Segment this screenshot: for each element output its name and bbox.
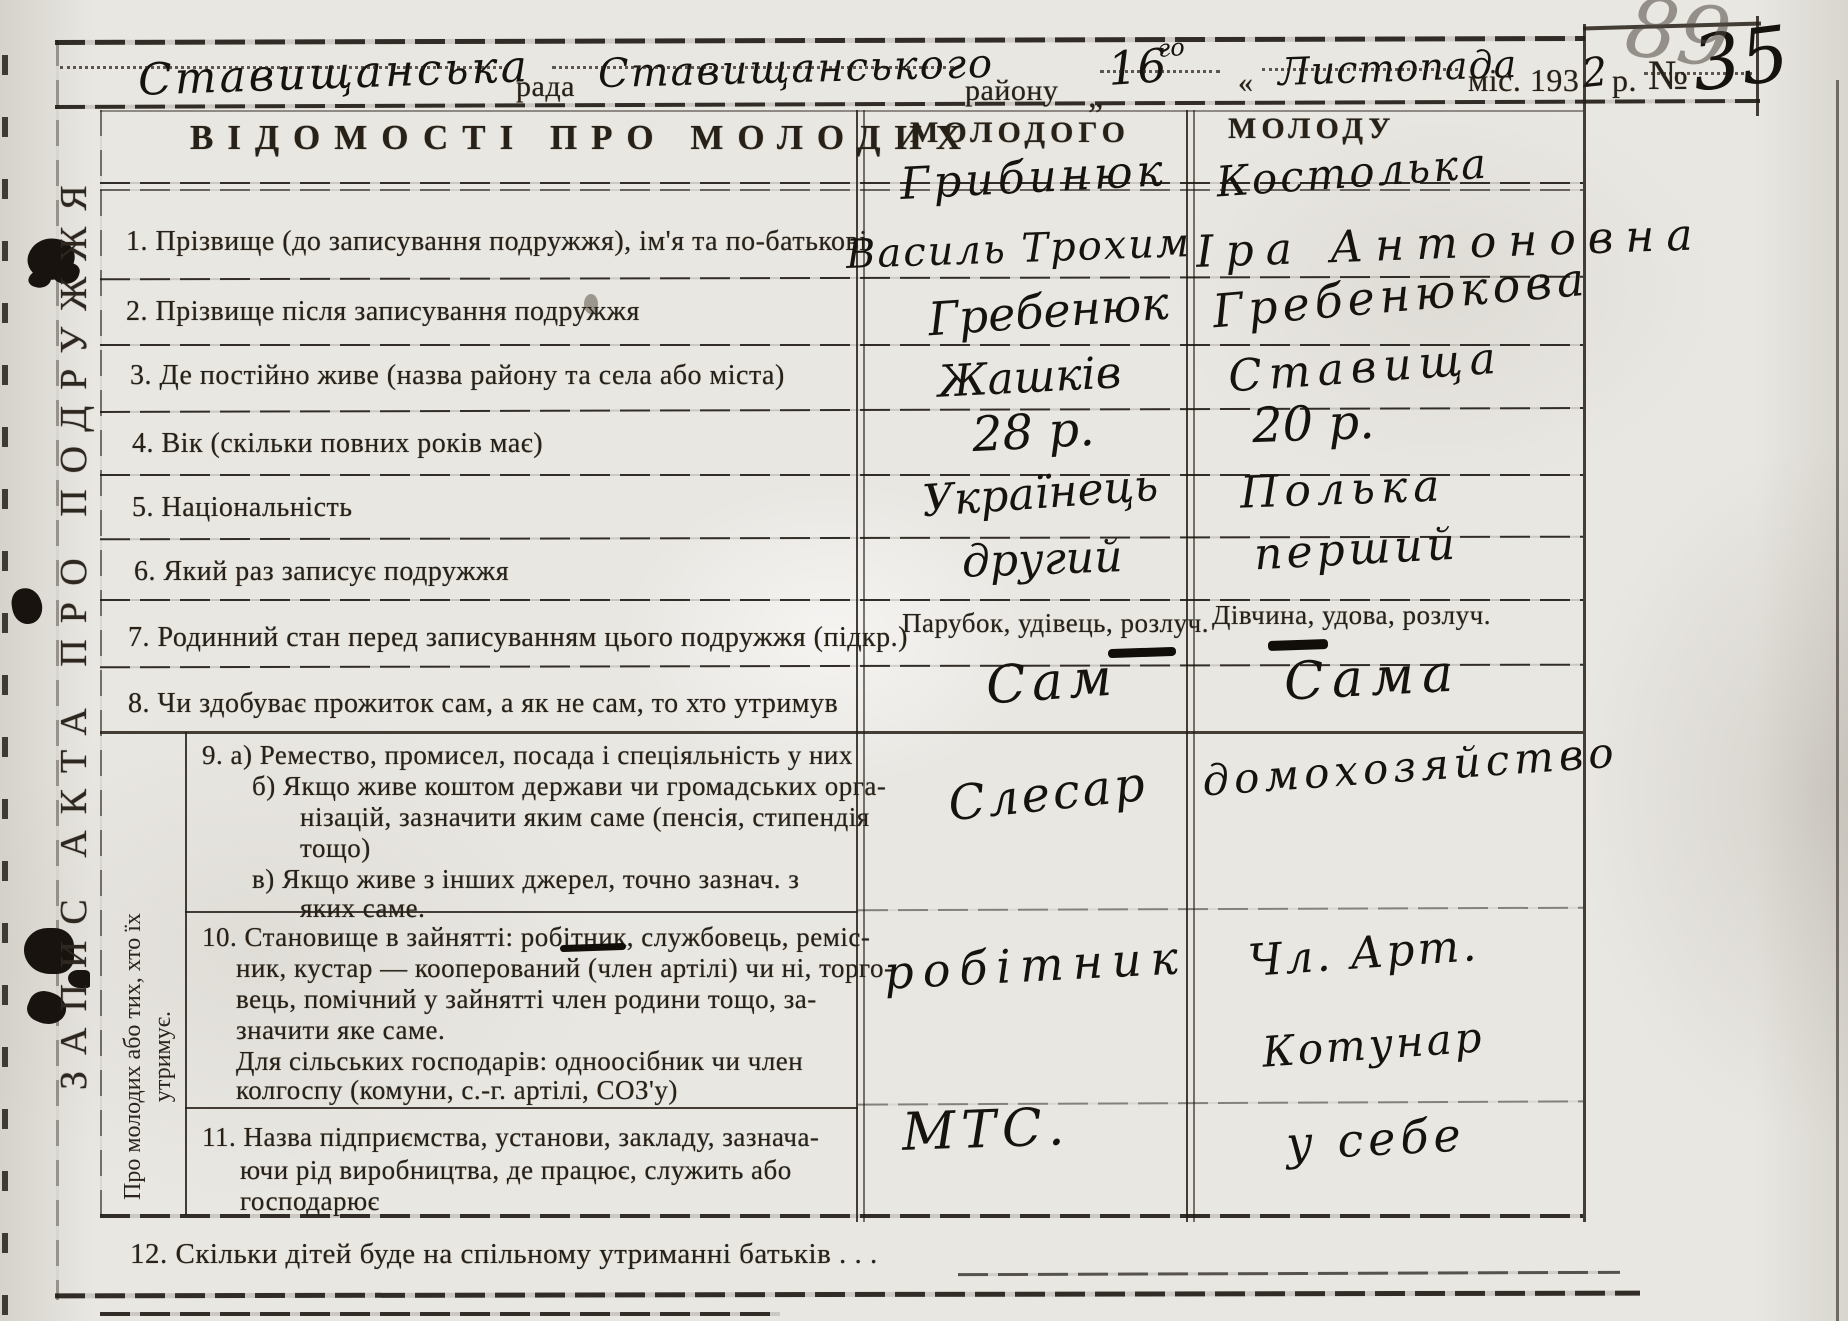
page-edge-ticks: [2, 55, 8, 1321]
top-border-rule: [55, 36, 1585, 45]
table-title: ВІДОМОСТІ ПРО МОЛОДИХ: [190, 118, 975, 158]
group-vertical-label-line: Про молодих або тих, хто їх: [118, 913, 148, 1200]
bride-value-handwritten: Котунар: [1261, 1012, 1486, 1076]
bottom-border-rule: [55, 1291, 1640, 1299]
groom-value-handwritten: робітник: [883, 930, 1188, 1000]
row-label-line: 9. а) Ремество, промисел, посада і спеці…: [202, 740, 853, 771]
pen-underline: [1268, 639, 1328, 651]
side-vertical-title: ЗАПИС АКТА ПРО ПОДРУЖЖЯ: [52, 169, 96, 1090]
header-district-handwritten: Ставищанського: [597, 41, 994, 97]
row-label: 1. Прізвище (до записування подружжя), і…: [126, 226, 868, 258]
scanned-marriage-record: Ставищанська рада Ставищанського району …: [0, 0, 1848, 1321]
group-vertical-label: Про молодих або тих, хто їх утримує.: [118, 913, 178, 1200]
group-row-rule-values: [858, 907, 1583, 912]
row-label: 5. Національність: [132, 492, 353, 524]
pen-underline: [1108, 647, 1176, 658]
row-label-line: б) Якщо живе коштом держави чи громадськ…: [252, 771, 886, 802]
bride-value-handwritten: Чл. Арт.: [1247, 920, 1481, 987]
row-label-line: господарює: [240, 1186, 380, 1217]
header-district-label: району: [965, 74, 1058, 108]
row-label-line: ючи рід виробництва, де працює, служить …: [240, 1155, 792, 1186]
row-label: 4. Вік (скільки повних років має): [132, 428, 543, 460]
row-label-line: ник, кустар — кооперований (член артілі)…: [236, 953, 893, 984]
header-rada-label: рада: [516, 70, 575, 104]
groom-value-handwritten: Гребенюк: [926, 276, 1170, 347]
groom-value-handwritten: Сам: [984, 647, 1120, 716]
row-label-line: колгоспу (комуни, с.-г. артілі, СОЗ'у): [236, 1075, 678, 1106]
ink-blot: [9, 586, 45, 627]
bottom-border-rule-short: [100, 1312, 780, 1316]
table-left-border: [100, 110, 102, 1215]
row-label: 2. Прізвище після записування подружжя: [126, 296, 640, 328]
bride-value-handwritten: перший: [1253, 519, 1460, 581]
bride-value-handwritten: Сама: [1283, 643, 1463, 712]
row-label-line: тощо): [300, 833, 371, 864]
group-top-rule: [100, 731, 1583, 734]
pencil-page-number: 89: [1620, 0, 1737, 88]
group-row-rule: [185, 911, 858, 913]
header-settlement-handwritten: Ставищанська: [137, 41, 530, 106]
dotted-line: [60, 66, 508, 69]
groom-value-handwritten: Українець: [921, 460, 1160, 527]
bride-printed-options: Дівчина, удова, розлуч.: [1212, 600, 1491, 631]
row-label: 6. Який раз записує подружжя: [134, 556, 509, 588]
bride-value-handwritten: 20 р.: [1251, 394, 1375, 454]
header-open-quote: „: [1088, 78, 1104, 116]
row-label-line: 11. Назва підприємства, установи, заклад…: [202, 1122, 819, 1153]
bride-value-handwritten: Полька: [1239, 460, 1446, 518]
row-label-line: вець, помічний у зайнятті член родини то…: [236, 984, 817, 1015]
dotted-line: [1100, 70, 1220, 73]
row-label: 3. Де постійно живе (назва району та сел…: [130, 360, 785, 392]
groom-value-handwritten: Василь Трохим: [845, 220, 1192, 278]
header-close-quote: «: [1238, 66, 1254, 100]
row12-label: 12. Скільки дітей буде на спільному утри…: [130, 1238, 878, 1271]
groom-column-header: МОЛОДОГО: [910, 116, 1130, 150]
dotted-line: [552, 66, 954, 69]
header-bottom-rule: [55, 99, 1760, 109]
bride-value-handwritten: Костолька: [1215, 139, 1491, 207]
bride-column-header: МОЛОДУ: [1228, 112, 1395, 146]
row-label-line: в) Якщо живе з інших джерел, точно зазна…: [252, 864, 799, 895]
row-label-line: Для сільських господарів: одноосібник чи…: [236, 1046, 803, 1077]
groom-value-handwritten: Жашків: [937, 347, 1123, 408]
row-label-line: нізацій, зазначити яким саме (пенсія, ст…: [300, 802, 870, 833]
groom-printed-options: Парубок, удівець, розлуч.: [902, 608, 1209, 639]
dotted-line: [1262, 68, 1458, 71]
bride-value-handwritten: домохозяйство: [1201, 728, 1620, 806]
row-label: 8. Чи здобуває прожиток сам, а як не сам…: [128, 688, 838, 720]
row-label-line: яких саме.: [300, 893, 425, 924]
row-label: 7. Родинний стан перед записуванням цьог…: [128, 622, 908, 654]
row-label-line: 10. Становище в зайнятті: робітник, служ…: [202, 922, 870, 953]
group-vertical-label-line: утримує.: [148, 913, 178, 1200]
group-inner-border: [185, 732, 187, 1215]
groom-value-handwritten: 28 р.: [971, 401, 1096, 463]
row-label-line: значити яке саме.: [236, 1015, 445, 1046]
row12-dotted-rule: [958, 1271, 1620, 1276]
bride-value-handwritten: Ставища: [1227, 332, 1505, 402]
page-crease-line: [1836, 80, 1839, 1321]
groom-value-handwritten: другий: [961, 531, 1123, 588]
groom-value-handwritten: Слесар: [946, 756, 1151, 833]
groom-value-handwritten: МТС.: [901, 1097, 1071, 1163]
header-day-suffix-handwritten: го: [1157, 33, 1185, 63]
table-right-border: [1583, 24, 1586, 1222]
bride-value-handwritten: у себе: [1285, 1107, 1467, 1170]
header-month-label: міс. 193: [1468, 62, 1579, 99]
group-row-rule: [185, 1107, 858, 1109]
